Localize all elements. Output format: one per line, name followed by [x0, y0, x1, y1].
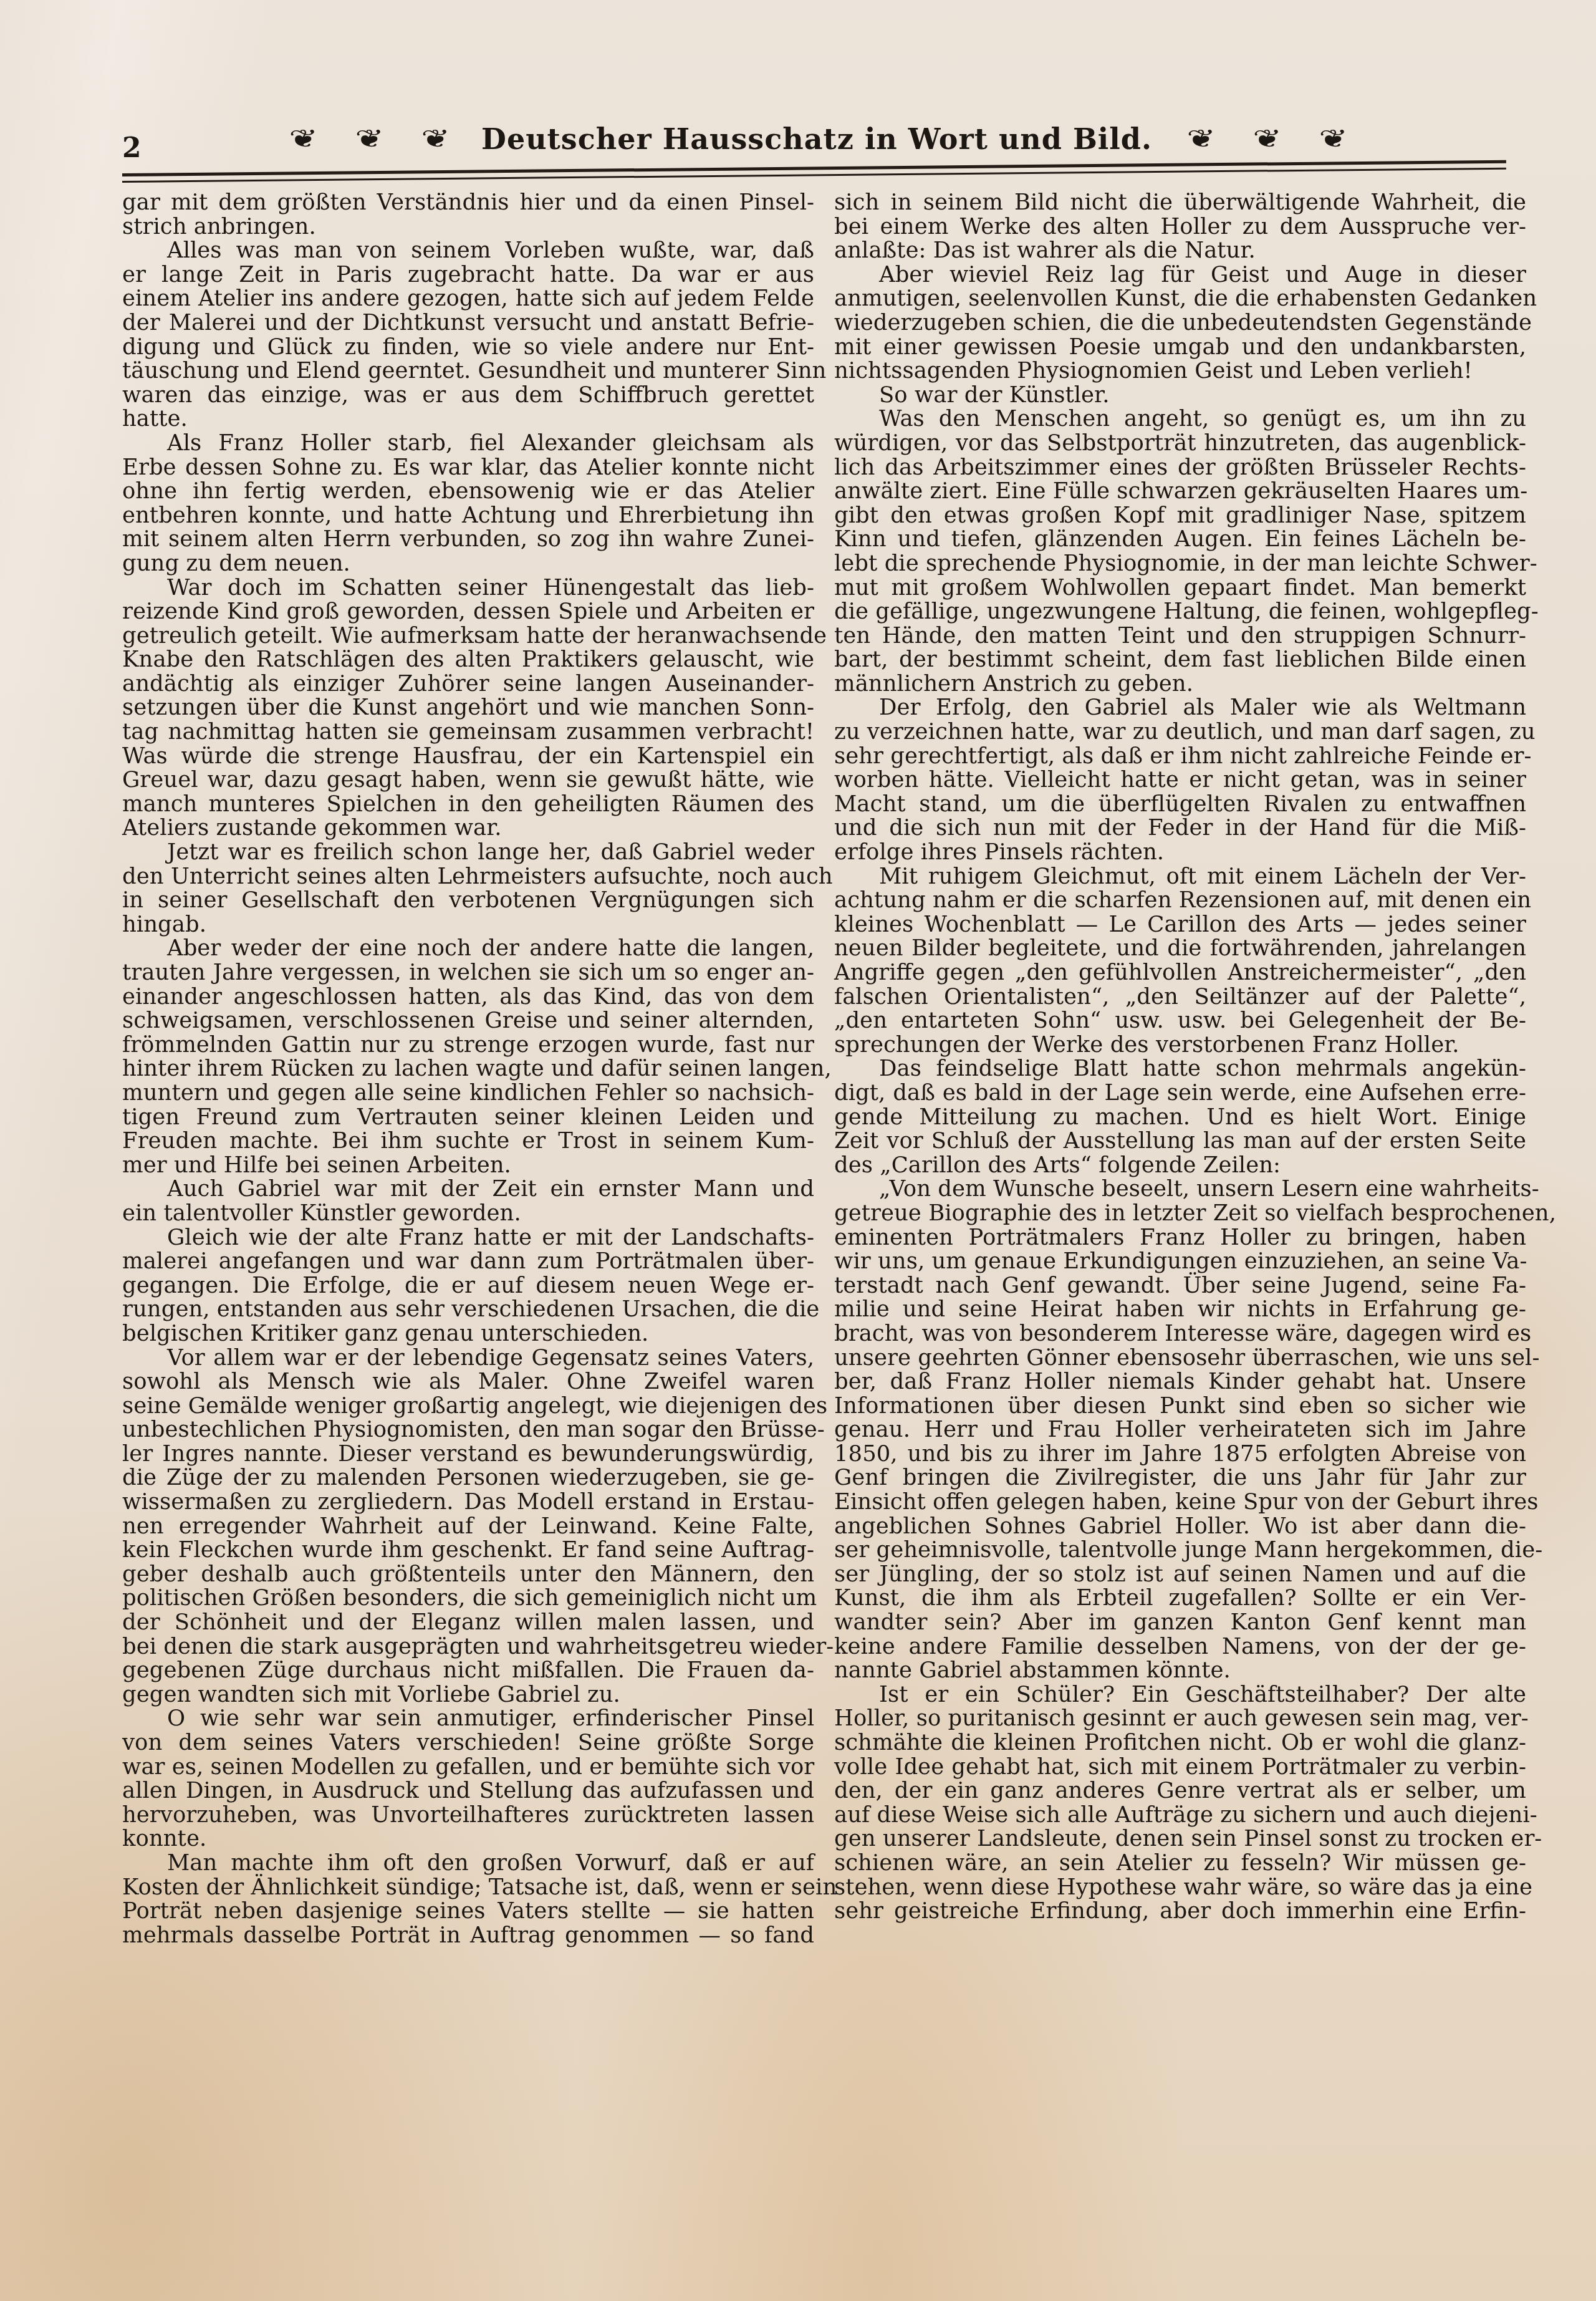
- text-line: gegebenen Züge durchaus nicht mißfallen.…: [122, 1659, 814, 1683]
- text-line: stehen, wenn diese Hypothese wahr wäre, …: [834, 1876, 1526, 1900]
- text-line: ber, daß Franz Holler niemals Kinder geh…: [834, 1370, 1526, 1394]
- text-line: mehrmals dasselbe Porträt in Auftrag gen…: [122, 1924, 814, 1948]
- text-line: trauten Jahre vergessen, in welchen sie …: [122, 961, 814, 985]
- text-line: worben hätte. Vielleicht hatte er nicht …: [834, 768, 1526, 793]
- fleuron-icon: ❦: [329, 125, 406, 153]
- text-line: Alles was man von seinem Vorleben wußte,…: [122, 239, 814, 263]
- text-line: eminenten Porträtmalers Franz Holler zu …: [834, 1226, 1526, 1250]
- text-line: bei einem Werke des alten Holler zu dem …: [834, 215, 1526, 239]
- text-line: terstadt nach Genf gewandt. Über seine J…: [834, 1274, 1526, 1298]
- text-line: wandter sein? Aber im ganzen Kanton Genf…: [834, 1611, 1526, 1635]
- text-line: männlichern Anstrich zu geben.: [834, 672, 1526, 697]
- text-line: „den entarteten Sohn“ usw. usw. bei Gele…: [834, 1009, 1526, 1033]
- fleuron-icon: ❦: [1227, 125, 1304, 153]
- text-line: andächtig als einziger Zuhörer seine lan…: [122, 672, 814, 697]
- text-line: täuschung und Elend geerntet. Gesundheit…: [122, 359, 814, 383]
- text-line: muntern und gegen alle seine kindlichen …: [122, 1081, 814, 1106]
- text-line: Kosten der Ähnlichkeit sündige; Tatsache…: [122, 1876, 814, 1900]
- text-line: belgischen Kritiker ganz genau unterschi…: [122, 1322, 814, 1346]
- text-line: nannte Gabriel abstammen könnte.: [834, 1659, 1526, 1683]
- text-line: sowohl als Mensch wie als Maler. Ohne Zw…: [122, 1370, 814, 1394]
- text-line: Gleich wie der alte Franz hatte er mit d…: [122, 1226, 814, 1250]
- text-line: Greuel war, dazu gesagt haben, wenn sie …: [122, 768, 814, 793]
- text-line: neuen Bilder begleitete, und die fortwäh…: [834, 937, 1526, 961]
- text-line: achtung nahm er die scharfen Rezensionen…: [834, 889, 1526, 913]
- text-line: Kinn und tiefen, glänzenden Augen. Ein f…: [834, 528, 1526, 552]
- text-line: unsere geehrten Gönner ebensosehr überra…: [834, 1346, 1526, 1371]
- text-line: ser Jüngling, der so stolz ist auf seine…: [834, 1563, 1526, 1587]
- text-line: sprechungen der Werke des verstorbenen F…: [834, 1033, 1526, 1058]
- text-line: Knabe den Ratschlägen des alten Praktike…: [122, 648, 814, 672]
- text-line: getreue Biographie des in letzter Zeit s…: [834, 1202, 1526, 1226]
- text-line: War doch im Schatten seiner Hünengestalt…: [122, 576, 814, 601]
- text-line: wiederzugeben schien, die die unbedeuten…: [834, 311, 1526, 335]
- text-line: getreulich geteilt. Wie aufmerksam hatte…: [122, 624, 814, 649]
- text-line: keine andere Familie desselben Namens, v…: [834, 1635, 1526, 1659]
- text-line: sehr geistreiche Erfindung, aber doch im…: [834, 1899, 1526, 1924]
- text-line: ein talentvoller Künstler geworden.: [122, 1202, 814, 1226]
- text-line: geber deshalb auch größtenteils unter de…: [122, 1563, 814, 1587]
- text-line: Mit ruhigem Gleichmut, oft mit einem Läc…: [834, 865, 1526, 889]
- text-line: hatte.: [122, 407, 814, 432]
- text-line: Aber wieviel Reiz lag für Geist und Auge…: [834, 263, 1526, 287]
- text-line: malerei angefangen und war dann zum Port…: [122, 1250, 814, 1274]
- text-line: tag nachmittag hatten sie gemeinsam zusa…: [122, 720, 814, 745]
- text-line: strich anbringen.: [122, 215, 814, 239]
- text-line: Kunst, die ihm als Erbteil zugefallen? S…: [834, 1586, 1526, 1611]
- text-line: gegen wandten sich mit Vorliebe Gabriel …: [122, 1683, 814, 1707]
- text-line: die gefällige, ungezwungene Haltung, die…: [834, 600, 1526, 624]
- text-line: Macht stand, um die überflügelten Rivale…: [834, 793, 1526, 817]
- text-line: sehr gerechtfertigt, als daß er ihm nich…: [834, 745, 1526, 769]
- text-line: gibt den etwas großen Kopf mit gradlinig…: [834, 504, 1526, 528]
- text-line: gende Mitteilung zu machen. Und es hielt…: [834, 1106, 1526, 1130]
- text-line: unbestechlichen Physiognomisten, den man…: [122, 1418, 814, 1442]
- text-line: Man machte ihm oft den großen Vorwurf, d…: [122, 1851, 814, 1876]
- left-column: gar mit dem größten Verständnis hier und…: [122, 191, 814, 1947]
- fleuron-icon: ❦: [395, 125, 472, 153]
- journal-title: Deutscher Hausschatz in Wort und Bild.: [481, 122, 1152, 156]
- text-line: anlaßte: Das ist wahrer als die Natur.: [834, 239, 1526, 263]
- text-line: kein Fleckchen wurde ihm geschenkt. Er f…: [122, 1538, 814, 1563]
- text-line: falschen Orientalisten“, „den Seiltänzer…: [834, 985, 1526, 1010]
- text-line: einander angeschlossen hatten, als das K…: [122, 985, 814, 1010]
- text-line: volle Idee gehabt hat, sich mit einem Po…: [834, 1755, 1526, 1780]
- text-line: entbehren konnte, und hatte Achtung und …: [122, 504, 814, 528]
- text-line: erfolge ihres Pinsels rächten.: [834, 841, 1526, 865]
- text-line: Ist er ein Schüler? Ein Geschäftsteilhab…: [834, 1683, 1526, 1707]
- text-line: Porträt neben dasjenige seines Vaters st…: [122, 1899, 814, 1924]
- text-line: gung zu dem neuen.: [122, 552, 814, 576]
- text-line: hinter ihrem Rücken zu lachen wagte und …: [122, 1057, 814, 1081]
- text-line: konnte.: [122, 1827, 814, 1851]
- text-line: Zeit vor Schluß der Ausstellung las man …: [834, 1129, 1526, 1154]
- text-line: einem Atelier ins andere gezogen, hatte …: [122, 287, 814, 311]
- text-line: gegangen. Die Erfolge, die er auf diesem…: [122, 1274, 814, 1298]
- text-line: tigen Freund zum Vertrauten seiner klein…: [122, 1106, 814, 1130]
- text-line: allen Dingen, in Ausdruck und Stellung d…: [122, 1779, 814, 1803]
- text-line: anmutigen, seelenvollen Kunst, die die e…: [834, 287, 1526, 311]
- text-line: politischen Größen besonders, die sich g…: [122, 1586, 814, 1611]
- text-line: frömmelnden Gattin nur zu strenge erzoge…: [122, 1033, 814, 1058]
- text-line: er lange Zeit in Paris zugebracht hatte.…: [122, 263, 814, 287]
- text-line: der Malerei und der Dichtkunst versucht …: [122, 311, 814, 335]
- text-line: mut mit großem Wohlwollen gepaart findet…: [834, 576, 1526, 601]
- fleuron-icon: ❦: [263, 125, 340, 153]
- text-line: schweigsamen, verschlossenen Greise und …: [122, 1009, 814, 1033]
- text-line: Ateliers zustande gekommen war.: [122, 816, 814, 841]
- text-line: genau. Herr und Frau Holler verheiratete…: [834, 1418, 1526, 1442]
- text-line: schmähte die kleinen Profitchen nicht. O…: [834, 1731, 1526, 1755]
- text-line: angeblichen Sohnes Gabriel Holler. Wo is…: [834, 1515, 1526, 1539]
- text-line: Genf bringen die Zivilregister, die uns …: [834, 1466, 1526, 1490]
- text-line: seine Gemälde weniger großartig angelegt…: [122, 1394, 814, 1419]
- text-line: Einsicht offen gelegen haben, keine Spur…: [834, 1490, 1526, 1515]
- text-line: ohne ihn fertig werden, ebensowenig wie …: [122, 480, 814, 504]
- text-line: nichtssagenden Physiognomien Geist und L…: [834, 359, 1526, 383]
- text-line: hervorzuheben, was Unvorteilhafteres zur…: [122, 1803, 814, 1828]
- page-number: 2: [122, 132, 142, 164]
- text-line: Erbe dessen Sohne zu. Es war klar, das A…: [122, 456, 814, 480]
- text-line: anwälte ziert. Eine Fülle schwarzen gekr…: [834, 480, 1526, 504]
- text-line: ler Ingres nannte. Dieser verstand es be…: [122, 1442, 814, 1467]
- text-line: Angriffe gegen „den gefühlvollen Anstrei…: [834, 961, 1526, 985]
- text-line: der Schönheit und der Eleganz willen mal…: [122, 1611, 814, 1635]
- text-line: den Unterricht seines alten Lehrmeisters…: [122, 865, 814, 889]
- text-line: wissermaßen zu zergliedern. Das Modell e…: [122, 1490, 814, 1515]
- text-line: bart, der bestimmt scheint, dem fast lie…: [834, 648, 1526, 672]
- text-line: die Züge der zu malenden Personen wieder…: [122, 1466, 814, 1490]
- text-line: kleines Wochenblatt — Le Carillon des Ar…: [834, 913, 1526, 937]
- text-line: waren das einzige, was er aus dem Schiff…: [122, 383, 814, 408]
- text-line: So war der Künstler.: [834, 383, 1526, 408]
- text-line: sich in seinem Bild nicht die überwältig…: [834, 191, 1526, 215]
- fleuron-icon: ❦: [1161, 125, 1238, 153]
- text-line: „Von dem Wunsche beseelt, unsern Lesern …: [834, 1177, 1526, 1202]
- text-line: des „Carillon des Arts“ folgende Zeilen:: [834, 1154, 1526, 1178]
- text-line: würdigen, vor das Selbstporträt hinzutre…: [834, 432, 1526, 456]
- text-line: den, der ein ganz anderes Genre vertrat …: [834, 1779, 1526, 1803]
- text-line: Was den Menschen angeht, so genügt es, u…: [834, 407, 1526, 432]
- text-line: lich das Arbeitszimmer eines der größten…: [834, 456, 1526, 480]
- text-line: mer und Hilfe bei seinen Arbeiten.: [122, 1154, 814, 1178]
- text-line: wir uns, um genaue Erkundigungen einzuzi…: [834, 1250, 1526, 1274]
- text-line: auf diese Weise sich alle Aufträge zu si…: [834, 1803, 1526, 1828]
- text-line: digung und Glück zu finden, wie so viele…: [122, 335, 814, 360]
- text-line: Holler, so puritanisch gesinnt er auch g…: [834, 1707, 1526, 1731]
- text-line: bracht, was von besonderem Interesse wär…: [834, 1322, 1526, 1346]
- text-line: Was würde die strenge Hausfrau, der ein …: [122, 745, 814, 769]
- text-line: mit seinem alten Herrn verbunden, so zog…: [122, 528, 814, 552]
- text-line: in seiner Gesellschaft den verbotenen Ve…: [122, 889, 814, 913]
- text-line: rungen, entstanden aus sehr verschiedene…: [122, 1298, 814, 1322]
- text-line: war es, seinen Modellen zu gefallen, und…: [122, 1755, 814, 1780]
- text-line: manch munteres Spielchen in den geheilig…: [122, 793, 814, 817]
- text-line: und die sich nun mit der Feder in der Ha…: [834, 816, 1526, 841]
- text-line: ser geheimnisvolle, talentvolle junge Ma…: [834, 1538, 1526, 1563]
- text-line: Als Franz Holler starb, fiel Alexander g…: [122, 432, 814, 456]
- text-line: ten Hände, den matten Teint und den stru…: [834, 624, 1526, 649]
- text-line: gen unserer Landsleute, denen sein Pinse…: [834, 1827, 1526, 1851]
- text-line: digt, daß es bald in der Lage sein werde…: [834, 1081, 1526, 1106]
- text-line: O wie sehr war sein anmutiger, erfinderi…: [122, 1707, 814, 1731]
- text-line: mit einer gewissen Poesie umgab und den …: [834, 335, 1526, 360]
- text-line: hingab.: [122, 913, 814, 937]
- text-line: reizende Kind groß geworden, dessen Spie…: [122, 600, 814, 624]
- text-line: setzungen über die Kunst angehört und wi…: [122, 696, 814, 720]
- fleuron-icon: ❦: [1293, 125, 1370, 153]
- text-line: bei denen die stark ausgeprägten und wah…: [122, 1635, 814, 1659]
- text-line: Jetzt war es freilich schon lange her, d…: [122, 841, 814, 865]
- column-divider: [822, 187, 823, 2170]
- text-line: nen erregender Wahrheit auf der Leinwand…: [122, 1515, 814, 1539]
- text-line: Freuden machte. Bei ihm suchte er Trost …: [122, 1129, 814, 1154]
- text-line: zu verzeichnen hatte, war zu deutlich, u…: [834, 720, 1526, 745]
- text-line: Vor allem war er der lebendige Gegensatz…: [122, 1346, 814, 1371]
- right-column: sich in seinem Bild nicht die überwältig…: [834, 191, 1526, 1924]
- text-line: 1850, und bis zu ihrer im Jahre 1875 erf…: [834, 1442, 1526, 1467]
- text-line: schienen wäre, an sein Atelier zu fessel…: [834, 1851, 1526, 1876]
- text-line: lebt die sprechende Physiognomie, in der…: [834, 552, 1526, 576]
- text-line: Aber weder der eine noch der andere hatt…: [122, 937, 814, 961]
- text-line: Das feindselige Blatt hatte schon mehrma…: [834, 1057, 1526, 1081]
- text-line: Auch Gabriel war mit der Zeit ein ernste…: [122, 1177, 814, 1202]
- text-line: gar mit dem größten Verständnis hier und…: [122, 191, 814, 215]
- text-line: Informationen über diesen Punkt sind ebe…: [834, 1394, 1526, 1419]
- text-line: milie und seine Heirat haben wir nichts …: [834, 1298, 1526, 1322]
- text-line: Der Erfolg, den Gabriel als Maler wie al…: [834, 696, 1526, 720]
- text-line: von dem seines Vaters verschieden! Seine…: [122, 1731, 814, 1755]
- running-head: ❦ ❦ ❦ Deutscher Hausschatz in Wort und B…: [274, 122, 1359, 156]
